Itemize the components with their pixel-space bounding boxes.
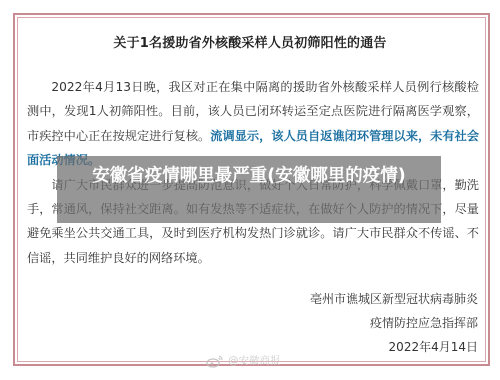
- watermark-text: @安徽商报: [228, 353, 281, 368]
- headline-overlay: 安徽省疫情哪里最严重(安徽哪里的疫情): [57, 156, 441, 223]
- signature-org-line1: 亳州市谯城区新型冠状病毒肺炎: [310, 290, 478, 307]
- signature-org-line2: 疫情防控应急指挥部: [370, 314, 478, 331]
- watermark: @安徽商报: [206, 353, 281, 368]
- signature-date: 2022年4月14日: [389, 338, 478, 355]
- notice-title: 关于1名援助省外核酸采样人员初筛阳性的通告: [0, 32, 500, 51]
- weibo-icon: [206, 354, 224, 368]
